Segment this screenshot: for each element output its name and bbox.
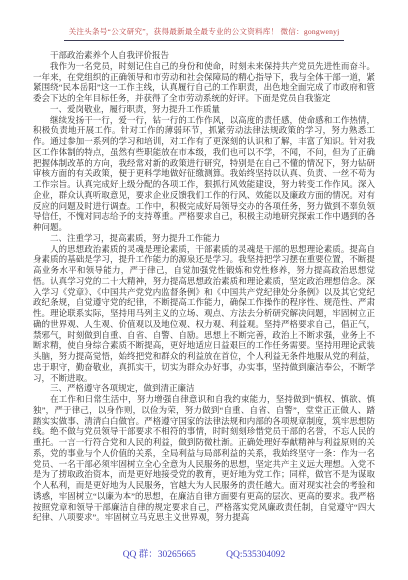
document-title: 干部政治素养个人自我评价报告 xyxy=(33,50,375,61)
section-3-paragraph: 在工作和日常生活中，努力增强自律意识和自我约束能力，坚持做到“慎权、慎欲、慎独”… xyxy=(33,394,375,523)
qq-number: QQ:535304092 xyxy=(226,550,285,560)
contact-footer: QQ 群：30265665 QQ:535304092 xyxy=(0,546,408,560)
section-1-heading: 一、爱岗敬业，履行职责，努力提升工作质量 xyxy=(33,104,375,115)
promo-header-text: 关注头条号“公文研究”，获得最新最全最专业的公文资料库！ 微信：gongweny… xyxy=(64,26,345,41)
promo-header: 关注头条号“公文研究”，获得最新最全最专业的公文资料库！ 微信：gongweny… xyxy=(0,21,408,41)
section-3-heading: 三、严格遵守各项规定，做到清正廉洁 xyxy=(33,383,375,394)
section-2-paragraph: 人的思想政治素质的灵魂是理论素质，干部素质的灵魂是干部的思想理论素质。提高自身素… xyxy=(33,244,375,384)
intro-paragraph: 我作为一名党员，时刻记住自己的身份和使命，时刻未来保持共产党员先进性而奋斗。一年… xyxy=(33,61,375,104)
section-1-paragraph: 继续发扬干一行，爱一行，钻一行的工作作风，以高度的责任感，使命感和工作热情，积极… xyxy=(33,115,375,233)
document-page: 关注头条号“公文研究”，获得最新最全最专业的公文资料库！ 微信：gongweny… xyxy=(0,0,408,580)
section-2-heading: 二、注重学习，提高素质，努力提升工作能力 xyxy=(33,233,375,244)
qq-group-number: QQ 群：30265665 xyxy=(123,550,196,560)
document-body: 干部政治素养个人自我评价报告 我作为一名党员，时刻记住自己的身份和使命，时刻未来… xyxy=(0,41,408,523)
